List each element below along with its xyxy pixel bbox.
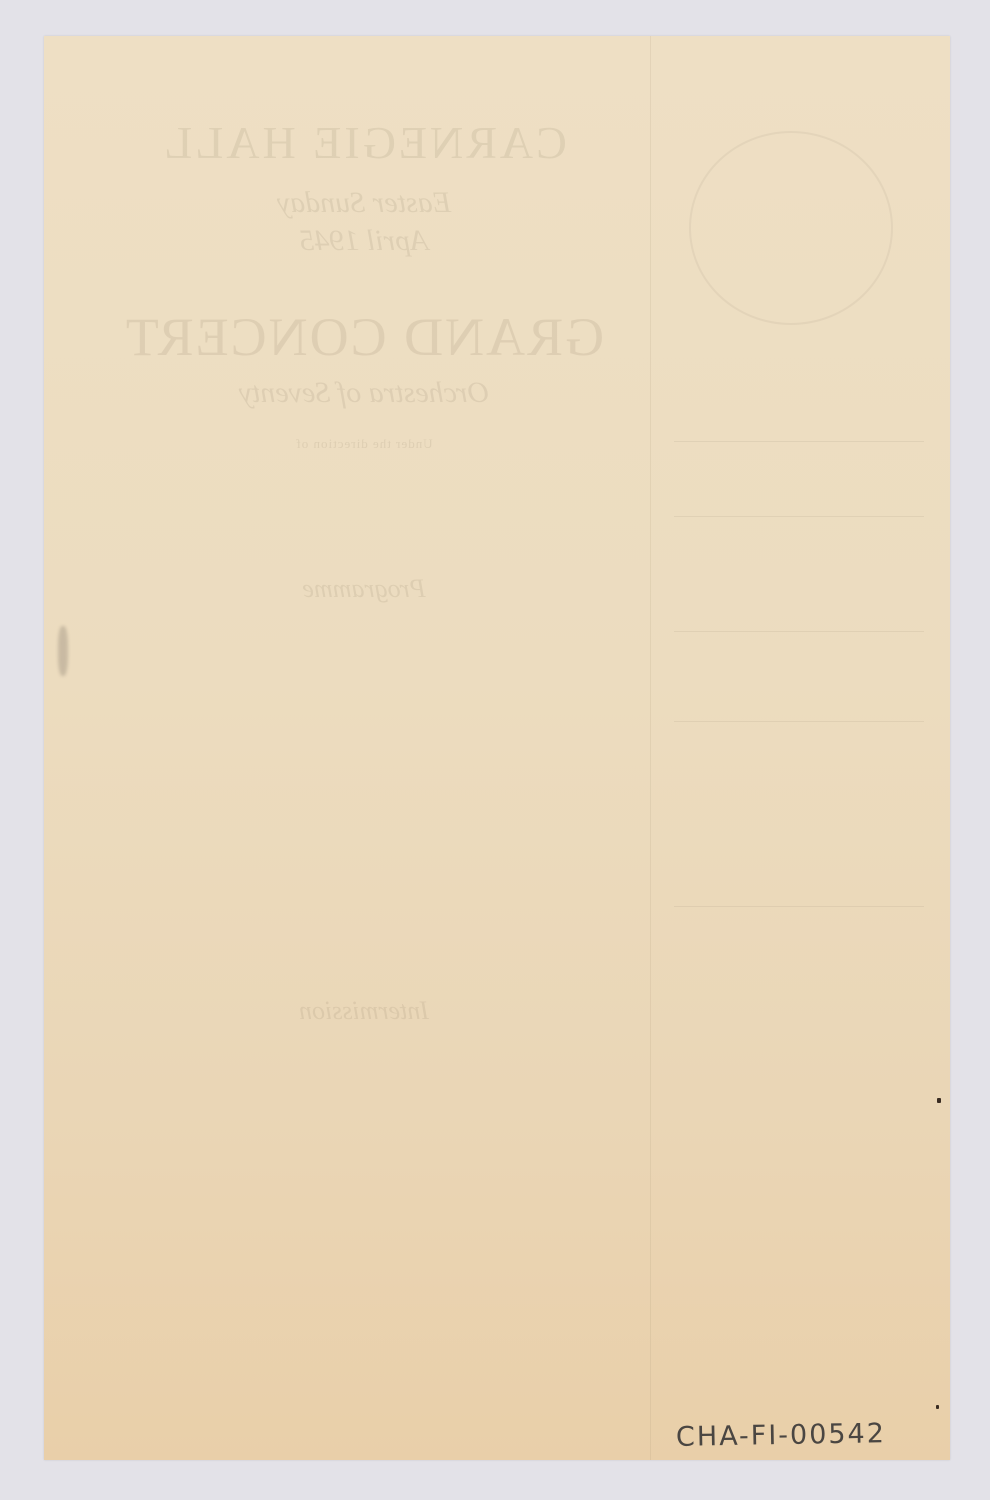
fold-line [650,36,651,1460]
ghost-rule [674,516,924,517]
ghost-rule [674,441,924,442]
pencil-smudge [58,626,68,676]
ghost-headline: GRAND CONCERT [104,306,624,368]
ghost-title: CARNEGIE HALL [104,116,624,169]
ghost-rule [674,631,924,632]
document-paper: CARNEGIE HALL Easter Sunday April 1945 G… [44,36,950,1460]
ghost-seal [689,131,893,325]
ghost-programme-heading: Programme [104,574,624,604]
ghost-date-line-1: Easter Sunday [104,186,624,220]
ink-spot [936,1405,939,1409]
ghost-subtitle: Orchestra of Seventy [104,376,624,410]
ghost-intermission: Intermission [104,996,624,1026]
archive-inscription: CHA-FI-00542 [676,1418,886,1453]
ghost-rule [674,906,924,907]
ghost-rule [674,721,924,722]
ink-spot [937,1098,941,1103]
ghost-conductor-line: Under the direction of [104,436,624,452]
ghost-date-line-2: April 1945 [104,224,624,258]
